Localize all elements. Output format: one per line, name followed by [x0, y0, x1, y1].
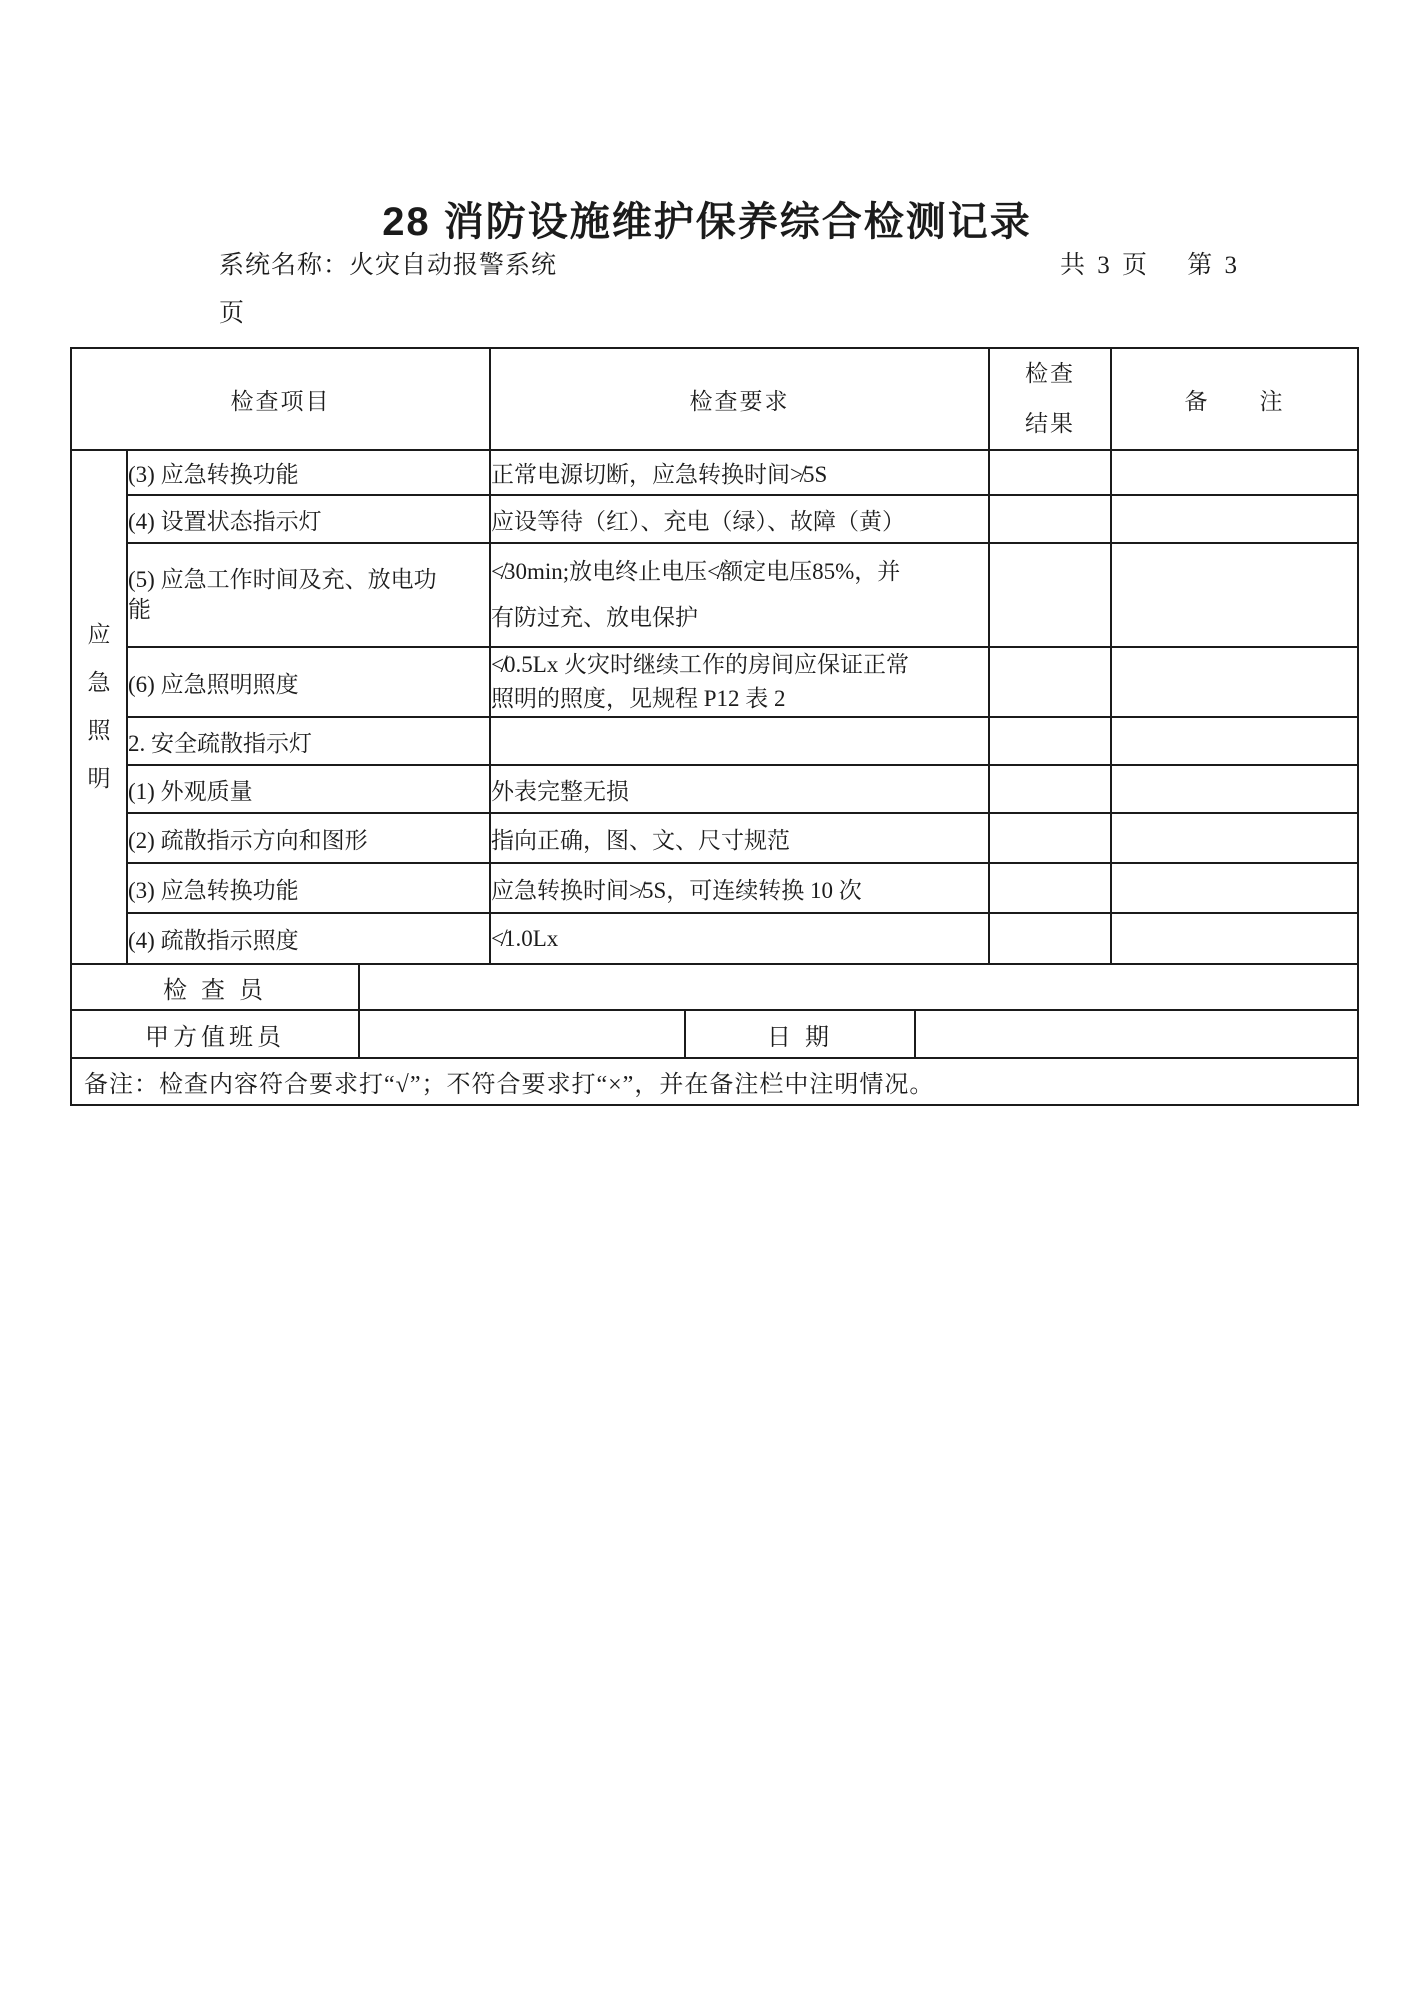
item-cell: (1) 外观质量 — [127, 765, 490, 813]
requirement-cell: ≮30min;放电终止电压≮额定电压85%，并 有防过充、放电保护 — [490, 543, 989, 647]
note-cell[interactable] — [1111, 495, 1358, 543]
requirement-cell: ≮1.0Lx — [490, 913, 989, 964]
result-cell[interactable] — [989, 913, 1111, 964]
item-cell: (2) 疏散指示方向和图形 — [127, 813, 490, 863]
note-cell[interactable] — [1111, 765, 1358, 813]
page-title: 28 消防设施维护保养综合检测记录 — [0, 190, 1414, 247]
item-cell: 2. 安全疏散指示灯 — [127, 717, 490, 765]
table-row: (6) 应急照明照度 ≮0.5Lx 火灾时继续工作的房间应保证正常 照明的照度，… — [71, 647, 1358, 717]
note-cell[interactable] — [1111, 450, 1358, 495]
duty-officer-value-cell[interactable] — [360, 1011, 686, 1057]
header-row: 检查项目 检查要求 检查 结果 备 注 — [71, 348, 1358, 450]
duty-officer-row: 甲方值班员 日 期 — [70, 1009, 1359, 1059]
requirement-cell: 应设等待（红）、充电（绿）、故障（黄） — [490, 495, 989, 543]
inspector-row: 检 查 员 — [70, 963, 1359, 1011]
requirement-cell — [490, 717, 989, 765]
requirement-cell: 指向正确，图、文、尺寸规范 — [490, 813, 989, 863]
system-name-label: 系统名称：火灾自动报警系统 — [219, 245, 557, 281]
note-cell[interactable] — [1111, 913, 1358, 964]
result-cell[interactable] — [989, 450, 1111, 495]
date-label: 日 期 — [686, 1011, 916, 1057]
date-value-cell[interactable] — [916, 1011, 1357, 1057]
inspector-label: 检 查 员 — [72, 965, 360, 1009]
item-cell: (5) 应急工作时间及充、放电功 能 — [127, 543, 490, 647]
result-cell[interactable] — [989, 647, 1111, 717]
col-header-result: 检查 结果 — [989, 348, 1111, 450]
duty-officer-label: 甲方值班员 — [72, 1011, 360, 1057]
inspector-value-cell[interactable] — [360, 965, 1357, 1009]
table-row: (4) 设置状态指示灯 应设等待（红）、充电（绿）、故障（黄） — [71, 495, 1358, 543]
remark-text: 备注：检查内容符合要求打“√”；不符合要求打“×”，并在备注栏中注明情况。 — [72, 1059, 1357, 1104]
remark-row: 备注：检查内容符合要求打“√”；不符合要求打“×”，并在备注栏中注明情况。 — [70, 1057, 1359, 1106]
table-row: (3) 应急转换功能 应急转换时间≯5S，可连续转换 10 次 — [71, 863, 1358, 913]
result-cell[interactable] — [989, 765, 1111, 813]
requirement-cell: 应急转换时间≯5S，可连续转换 10 次 — [490, 863, 989, 913]
item-cell: (4) 疏散指示照度 — [127, 913, 490, 964]
document-page: 28 消防设施维护保养综合检测记录 系统名称：火灾自动报警系统 共 3 页 第 … — [0, 0, 1414, 2000]
inspection-table-main: 检查项目 检查要求 检查 结果 备 注 应 急 照 明 (3) 应急转换功能 正… — [70, 347, 1359, 965]
item-cell: (3) 应急转换功能 — [127, 450, 490, 495]
item-cell: (3) 应急转换功能 — [127, 863, 490, 913]
result-cell[interactable] — [989, 717, 1111, 765]
requirement-cell: 外表完整无损 — [490, 765, 989, 813]
page-count-label: 共 3 页 第 3 — [1060, 245, 1240, 281]
result-cell[interactable] — [989, 813, 1111, 863]
note-cell[interactable] — [1111, 543, 1358, 647]
result-cell[interactable] — [989, 543, 1111, 647]
table-row: (5) 应急工作时间及充、放电功 能 ≮30min;放电终止电压≮额定电压85%… — [71, 543, 1358, 647]
result-cell[interactable] — [989, 495, 1111, 543]
table-row: 2. 安全疏散指示灯 — [71, 717, 1358, 765]
item-cell: (4) 设置状态指示灯 — [127, 495, 490, 543]
table-row: (1) 外观质量 外表完整无损 — [71, 765, 1358, 813]
page-count-wrap: 页 — [219, 293, 244, 329]
table-row: 应 急 照 明 (3) 应急转换功能 正常电源切断，应急转换时间≯5S — [71, 450, 1358, 495]
col-header-note: 备 注 — [1111, 348, 1358, 450]
group-label-emergency-lighting: 应 急 照 明 — [71, 450, 127, 964]
col-header-item: 检查项目 — [71, 348, 490, 450]
item-cell: (6) 应急照明照度 — [127, 647, 490, 717]
table-row: (4) 疏散指示照度 ≮1.0Lx — [71, 913, 1358, 964]
requirement-cell: ≮0.5Lx 火灾时继续工作的房间应保证正常 照明的照度，见规程 P12 表 2 — [490, 647, 989, 717]
inspection-table: 检查项目 检查要求 检查 结果 备 注 应 急 照 明 (3) 应急转换功能 正… — [70, 347, 1359, 1106]
note-cell[interactable] — [1111, 813, 1358, 863]
result-cell[interactable] — [989, 863, 1111, 913]
note-cell[interactable] — [1111, 647, 1358, 717]
requirement-cell: 正常电源切断，应急转换时间≯5S — [490, 450, 989, 495]
col-header-requirement: 检查要求 — [490, 348, 989, 450]
note-cell[interactable] — [1111, 717, 1358, 765]
note-cell[interactable] — [1111, 863, 1358, 913]
table-row: (2) 疏散指示方向和图形 指向正确，图、文、尺寸规范 — [71, 813, 1358, 863]
